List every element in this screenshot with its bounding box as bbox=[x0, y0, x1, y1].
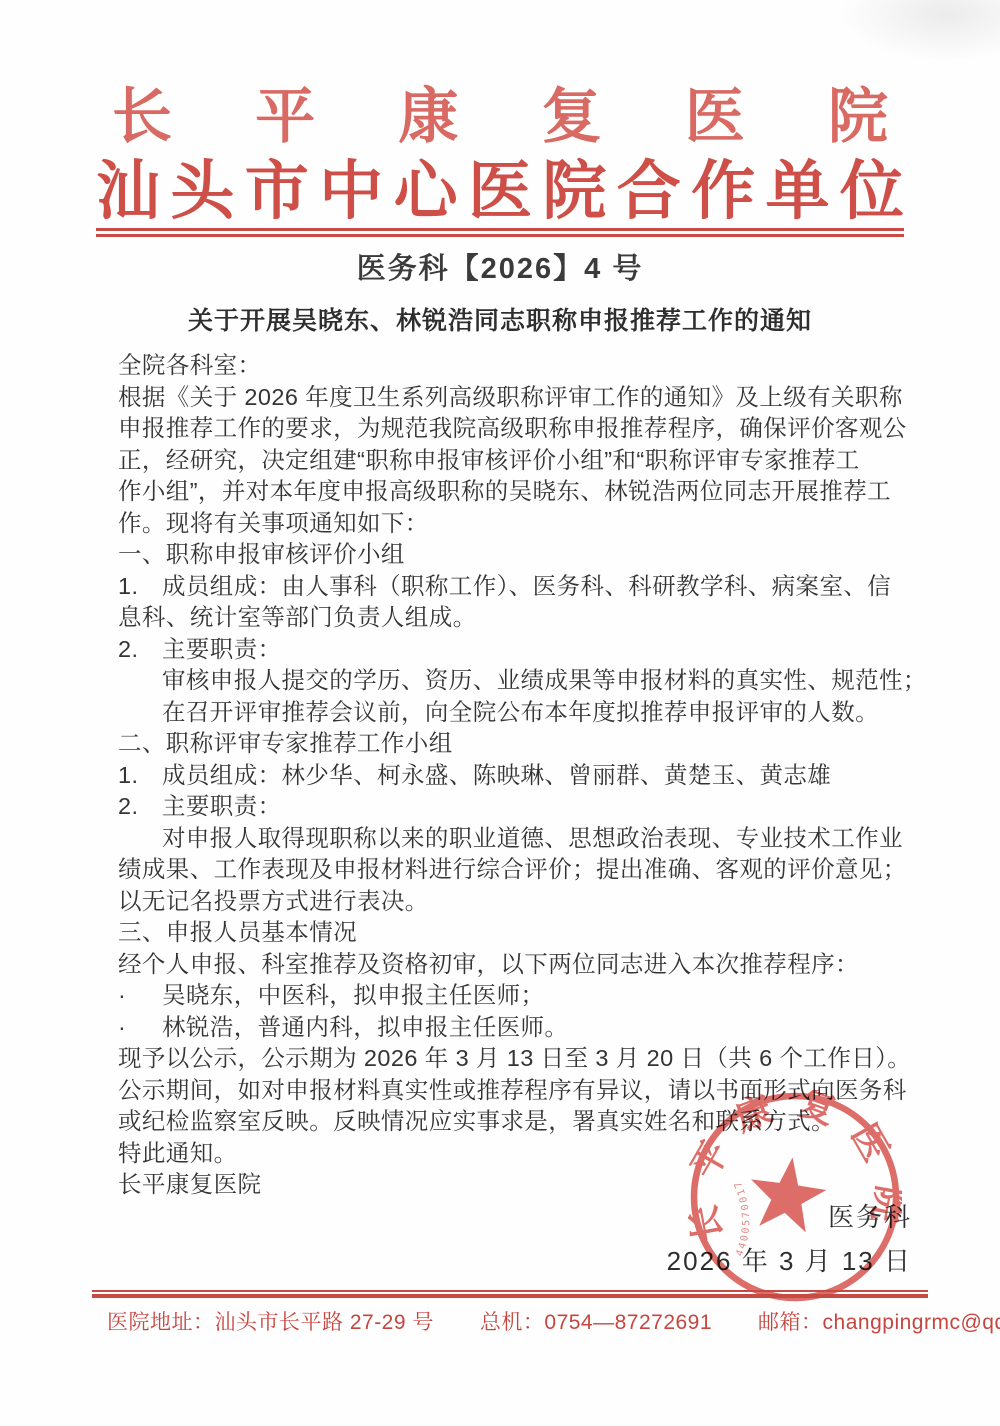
body-line: 对申报人取得现职称以来的职业道德、思想政治表现、专业技术工作业 bbox=[118, 823, 924, 855]
line-text: 三、申报人员基本情况 bbox=[118, 919, 357, 945]
seal-star-icon bbox=[745, 1152, 830, 1234]
line-text: 绩成果、工作表现及申报材料进行综合评价；提出准确、客观的评价意见； bbox=[118, 856, 907, 882]
body-line: 2.主要职责： bbox=[118, 791, 924, 823]
body-line: 2.主要职责： bbox=[118, 634, 924, 666]
body-line: 全院各科室： bbox=[118, 350, 924, 382]
header-char: 合 bbox=[617, 158, 681, 226]
header-char: 头 bbox=[170, 158, 234, 226]
header-char: 市 bbox=[245, 158, 309, 226]
header-char: 中 bbox=[319, 158, 383, 226]
footer-double-rule bbox=[92, 1290, 928, 1298]
scan-smudge bbox=[820, 0, 1000, 70]
hospital-name: 长平康复医院 bbox=[112, 84, 888, 154]
footer: 医院地址：汕头市长平路 27-29 号 总机：0754—87272691 邮箱：… bbox=[107, 1306, 937, 1336]
body-line: 息科、统计室等部门负责人组成。 bbox=[118, 602, 924, 634]
line-prefix: 1. bbox=[118, 571, 162, 603]
line-text: 作。现将有关事项通知如下： bbox=[118, 510, 429, 536]
header-char: 医 bbox=[685, 84, 745, 150]
body-line: 1.成员组成：林少华、柯永盛、陈映琳、曾丽群、黄楚玉、黄志雄 bbox=[118, 760, 924, 792]
line-text: 作小组”，并对本年度申报高级职称的吴晓东、林锐浩两位同志开展推荐工 bbox=[118, 478, 891, 504]
footer-phone: 总机：0754—87272691 bbox=[480, 1306, 712, 1336]
seal-code: 4400570017 bbox=[732, 1178, 752, 1258]
body-line: 二、职称评审专家推荐工作小组 bbox=[118, 728, 924, 760]
line-text: 经个人申报、科室推荐及资格初审，以下两位同志进入本次推荐程序： bbox=[118, 951, 859, 977]
document-page: 长平康复医院 汕头市中心医院合作单位 医务科【2026】4 号 关于开展吴晓东、… bbox=[0, 0, 1000, 1426]
body-line: 以无记名投票方式进行表决。 bbox=[118, 886, 924, 918]
body-line: 一、职称申报审核评价小组 bbox=[118, 539, 924, 571]
line-text: 吴晓东，中医科，拟申报主任医师； bbox=[162, 982, 544, 1008]
header-char: 单 bbox=[766, 158, 830, 226]
line-text: 二、职称评审专家推荐工作小组 bbox=[118, 730, 453, 756]
header-double-rule bbox=[96, 228, 904, 237]
line-text: 申报推荐工作的要求，为规范我院高级职称申报推荐程序，确保评价客观公 bbox=[118, 415, 907, 441]
header-char: 院 bbox=[542, 158, 606, 226]
line-text: 息科、统计室等部门负责人组成。 bbox=[118, 604, 477, 630]
line-prefix: 2. bbox=[118, 791, 162, 823]
header-char: 位 bbox=[840, 158, 904, 226]
body-line: 申报推荐工作的要求，为规范我院高级职称申报推荐程序，确保评价客观公 bbox=[118, 413, 924, 445]
hospital-subtitle: 汕头市中心医院合作单位 bbox=[96, 158, 904, 230]
line-text: 成员组成：林少华、柯永盛、陈映琳、曾丽群、黄楚玉、黄志雄 bbox=[162, 762, 831, 788]
line-prefix: 1. bbox=[118, 760, 162, 792]
header-char: 院 bbox=[828, 84, 888, 150]
header-char: 平 bbox=[255, 84, 315, 150]
line-text: 正，经研究，决定组建“职称申报审核评价小组”和“职称评审专家推荐工 bbox=[118, 447, 860, 473]
body-line: 绩成果、工作表现及申报材料进行综合评价；提出准确、客观的评价意见； bbox=[118, 854, 924, 886]
body-line: 作。现将有关事项通知如下： bbox=[118, 508, 924, 540]
line-text: 成员组成：由人事科（职称工作）、医务科、科研教学科、病案室、信 bbox=[162, 573, 891, 599]
body-line: 现予以公示，公示期为 2026 年 3 月 13 日至 3 月 20 日（共 6… bbox=[118, 1043, 924, 1075]
line-text: 林锐浩，普通内科，拟申报主任医师。 bbox=[162, 1014, 568, 1040]
body-line: 根据《关于 2026 年度卫生系列高级职称评审工作的通知》及上级有关职称 bbox=[118, 382, 924, 414]
line-text: 以无记名投票方式进行表决。 bbox=[118, 888, 429, 914]
line-text: 根据《关于 2026 年度卫生系列高级职称评审工作的通知》及上级有关职称 bbox=[118, 384, 903, 410]
header-char: 汕 bbox=[96, 158, 160, 226]
line-text: 长平康复医院 bbox=[118, 1171, 261, 1197]
header-char: 医 bbox=[468, 158, 532, 226]
header-char: 长 bbox=[112, 84, 172, 150]
body-line: ·吴晓东，中医科，拟申报主任医师； bbox=[118, 980, 924, 1012]
line-prefix: · bbox=[118, 980, 162, 1012]
header-char: 康 bbox=[398, 84, 458, 150]
line-text: 在召开评审推荐会议前，向全院公布本年度拟推荐申报评审的人数。 bbox=[162, 699, 879, 725]
header-char: 复 bbox=[542, 84, 602, 150]
line-prefix: 2. bbox=[118, 634, 162, 666]
body-line: 1.成员组成：由人事科（职称工作）、医务科、科研教学科、病案室、信 bbox=[118, 571, 924, 603]
line-text: 对申报人取得现职称以来的职业道德、思想政治表现、专业技术工作业 bbox=[162, 825, 903, 851]
line-text: 一、职称申报审核评价小组 bbox=[118, 541, 405, 567]
footer-email: 邮箱：changpingrmc@qq.com bbox=[758, 1306, 1000, 1336]
body-line: 三、申报人员基本情况 bbox=[118, 917, 924, 949]
body-line: 作小组”，并对本年度申报高级职称的吴晓东、林锐浩两位同志开展推荐工 bbox=[118, 476, 924, 508]
document-title: 关于开展吴晓东、林锐浩同志职称申报推荐工作的通知 bbox=[0, 301, 1000, 337]
line-text: 特此通知。 bbox=[118, 1140, 238, 1166]
line-text: 现予以公示，公示期为 2026 年 3 月 13 日至 3 月 20 日（共 6… bbox=[118, 1045, 911, 1071]
line-text: 主要职责： bbox=[162, 636, 282, 662]
body-line: 在召开评审推荐会议前，向全院公布本年度拟推荐申报评审的人数。 bbox=[118, 697, 924, 729]
line-text: 全院各科室： bbox=[118, 352, 261, 378]
footer-address: 医院地址：汕头市长平路 27-29 号 bbox=[107, 1306, 434, 1336]
header-char: 作 bbox=[691, 158, 755, 226]
official-seal-stamp: 长平康复医院 4400570017 bbox=[688, 1090, 902, 1304]
body-line: 审核申报人提交的学历、资历、业绩成果等申报材料的真实性、规范性； bbox=[118, 665, 924, 697]
line-prefix: · bbox=[118, 1012, 162, 1044]
body-line: ·林锐浩，普通内科，拟申报主任医师。 bbox=[118, 1012, 924, 1044]
line-text: 审核申报人提交的学历、资历、业绩成果等申报材料的真实性、规范性； bbox=[162, 667, 927, 693]
line-text: 主要职责： bbox=[162, 793, 282, 819]
body-text: 全院各科室：根据《关于 2026 年度卫生系列高级职称评审工作的通知》及上级有关… bbox=[118, 350, 924, 1201]
body-line: 经个人申报、科室推荐及资格初审，以下两位同志进入本次推荐程序： bbox=[118, 949, 924, 981]
document-number: 医务科【2026】4 号 bbox=[0, 246, 1000, 287]
body-line: 正，经研究，决定组建“职称申报审核评价小组”和“职称评审专家推荐工 bbox=[118, 445, 924, 477]
header-char: 心 bbox=[394, 158, 458, 226]
